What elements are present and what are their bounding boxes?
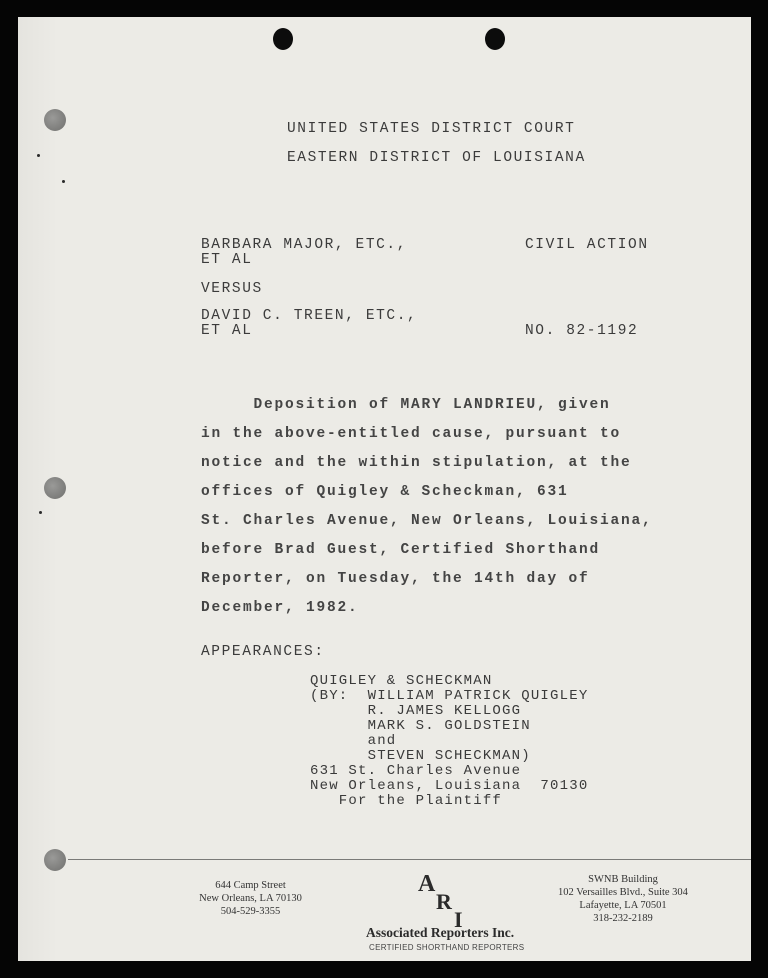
company-tagline: CERTIFIED SHORTHAND REPORTERS <box>369 943 524 952</box>
address-line: Lafayette, LA 70501 <box>538 899 708 912</box>
speck <box>62 180 65 183</box>
footer-left-address: 644 Camp Street New Orleans, LA 70130 50… <box>178 879 323 918</box>
company-name: Associated Reporters Inc. <box>366 925 514 941</box>
body-line: before Brad Guest, Certified Shorthand <box>201 542 600 558</box>
document-page: UNITED STATES DISTRICT COURT EASTERN DIS… <box>18 17 751 961</box>
body-line: Deposition of MARY LANDRIEU, given <box>201 397 611 413</box>
address-line: 102 Versailles Blvd., Suite 304 <box>538 886 708 899</box>
binder-hole-icon <box>44 109 66 131</box>
versus-label: VERSUS <box>201 281 263 297</box>
logo-letter-a: A <box>418 871 435 898</box>
body-line: December, 1982. <box>201 600 359 616</box>
speck <box>37 154 40 157</box>
footer-divider <box>68 859 751 860</box>
binder-hole-icon <box>44 477 66 499</box>
case-number: NO. 82-1192 <box>525 323 638 339</box>
address-line: New Orleans, LA 70130 <box>178 892 323 905</box>
speck <box>39 511 42 514</box>
phone: 318-232-2189 <box>538 912 708 925</box>
binder-hole-icon <box>44 849 66 871</box>
appearances-heading: APPEARANCES: <box>201 644 325 660</box>
body-line: offices of Quigley & Scheckman, 631 <box>201 484 569 500</box>
appearance-line: For the Plaintiff <box>310 794 502 810</box>
building-name: SWNB Building <box>538 873 708 886</box>
plaintiff-et-al: ET AL <box>201 252 253 268</box>
phone: 504-529-3355 <box>178 905 323 918</box>
punch-hole-icon <box>273 28 293 50</box>
plaintiff-name: BARBARA MAJOR, ETC., <box>201 237 407 253</box>
body-line: St. Charles Avenue, New Orleans, Louisia… <box>201 513 653 529</box>
court-name: UNITED STATES DISTRICT COURT <box>287 121 575 137</box>
logo-letter-r: R <box>436 889 452 915</box>
defendant-name: DAVID C. TREEN, ETC., <box>201 308 417 324</box>
court-district: EASTERN DISTRICT OF LOUISIANA <box>287 150 586 166</box>
address-line: 644 Camp Street <box>178 879 323 892</box>
action-type: CIVIL ACTION <box>525 237 649 253</box>
footer-right-address: SWNB Building 102 Versailles Blvd., Suit… <box>538 873 708 925</box>
body-line: notice and the within stipulation, at th… <box>201 455 632 471</box>
body-line: in the above-entitled cause, pursuant to <box>201 426 621 442</box>
defendant-et-al: ET AL <box>201 323 253 339</box>
punch-hole-icon <box>485 28 505 50</box>
body-line: Reporter, on Tuesday, the 14th day of <box>201 571 590 587</box>
